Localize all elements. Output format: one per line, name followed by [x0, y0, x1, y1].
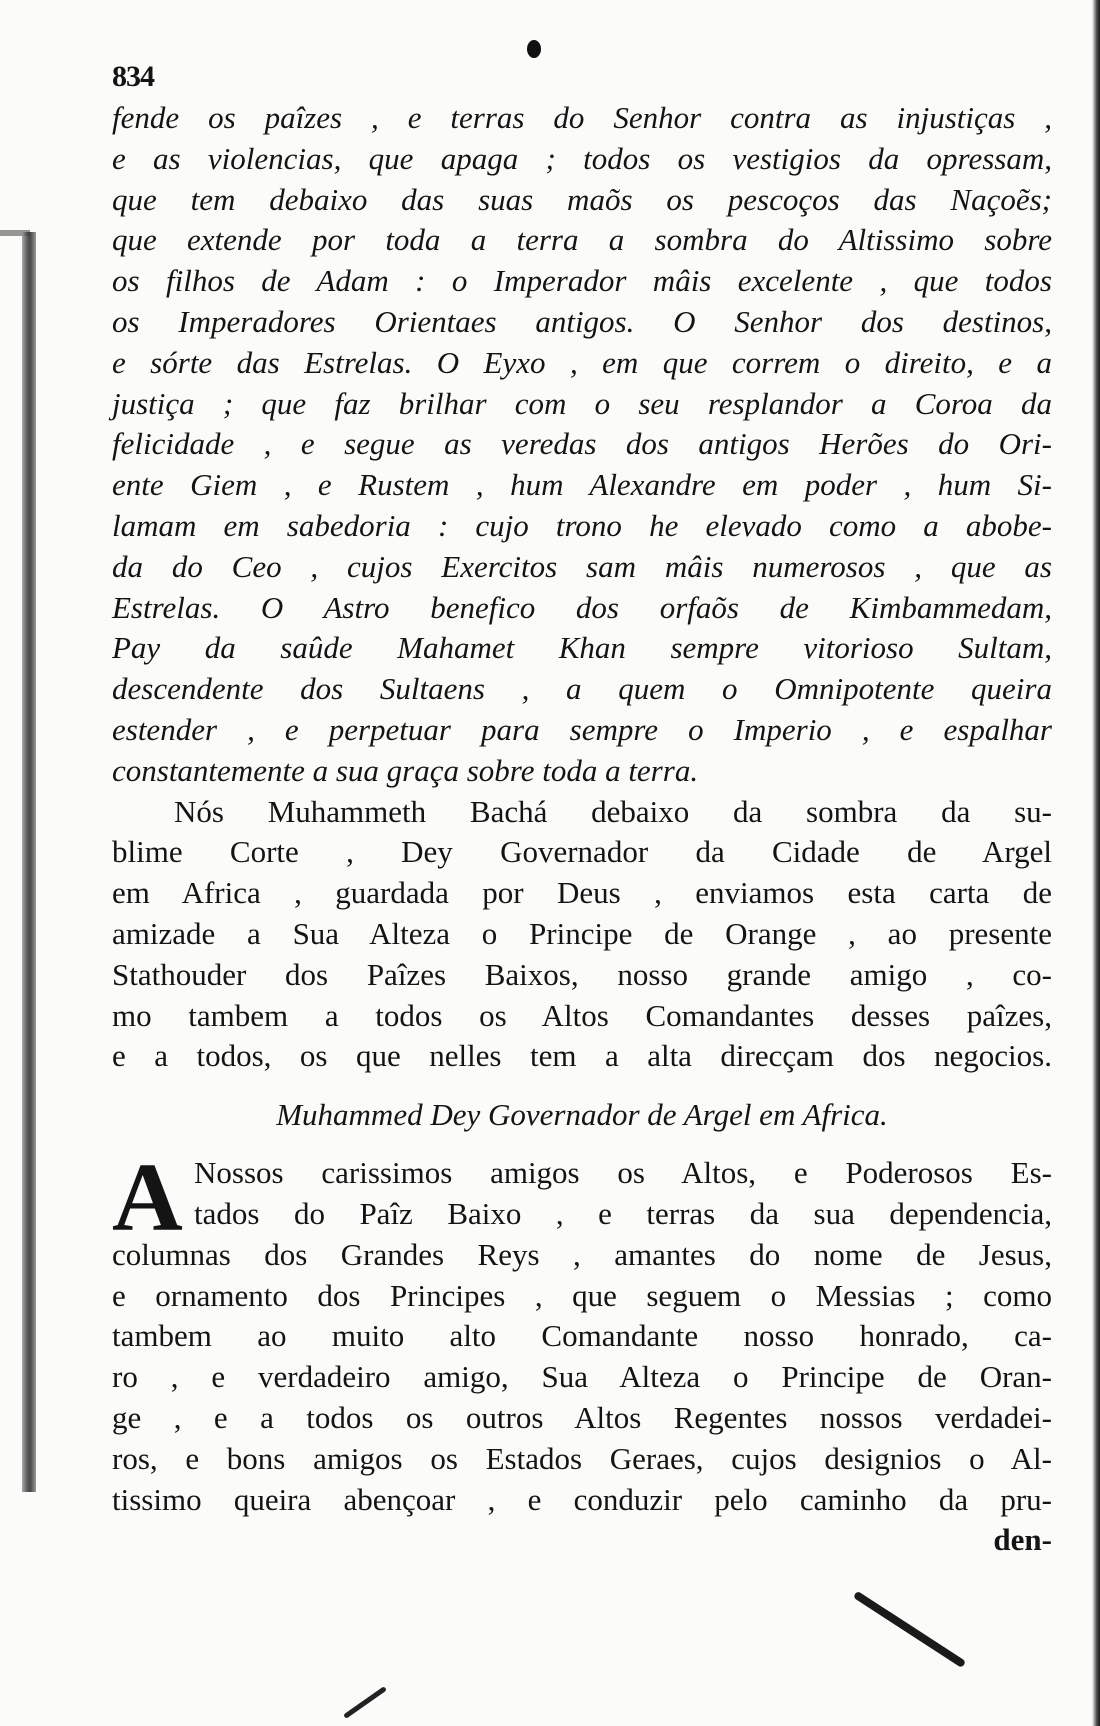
text-line: em Africa , guardada por Deus , enviamos… — [112, 873, 1052, 914]
text-line: e sórte das Estrelas. O Eyxo , em que co… — [112, 343, 1052, 384]
text-line: ge , e a todos os outros Altos Regentes … — [112, 1398, 1052, 1439]
text-line: que extende por toda a terra a sombra do… — [112, 220, 1052, 261]
text-line: Nossos carissimos amigos os Altos, e Pod… — [112, 1153, 1052, 1194]
text-line: tambem ao muito alto Comandante nosso ho… — [112, 1316, 1052, 1357]
text-line: lamam em sabedoria : cujo trono he eleva… — [112, 506, 1052, 547]
scan-edge-artifact-right — [1092, 0, 1100, 1726]
drop-cap: A — [112, 1157, 183, 1239]
text-line: estender , e perpetuar para sempre o Imp… — [112, 710, 1052, 751]
text-line: fende os paîzes , e terras do Senhor con… — [112, 98, 1052, 139]
text-line: justiça ; que faz brilhar com o seu resp… — [112, 384, 1052, 425]
ink-stroke-mark-small — [343, 1686, 387, 1719]
text-line: columnas dos Grandes Reys , amantes do n… — [112, 1235, 1052, 1276]
text-line: e as violencias, que apaga ; todos os ve… — [112, 139, 1052, 180]
scan-edge-artifact-left — [22, 232, 36, 1492]
text-line: tissimo queira abençoar , e conduzir pel… — [112, 1480, 1052, 1521]
letter-signature-heading: Muhammed Dey Governador de Argel em Afri… — [112, 1095, 1052, 1135]
italic-passage: fende os paîzes , e terras do Senhor con… — [112, 98, 1052, 792]
text-line: tados do Paîz Baixo , e terras da sua de… — [112, 1194, 1052, 1235]
text-line: blime Corte , Dey Governador da Cidade d… — [112, 832, 1052, 873]
text-line: felicidade , e segue as veredas dos anti… — [112, 424, 1052, 465]
text-line: e ornamento dos Principes , que seguem o… — [112, 1276, 1052, 1317]
text-line: mo tambem a todos os Altos Comandantes d… — [112, 996, 1052, 1037]
text-line: os filhos de Adam : o Imperador mâis exc… — [112, 261, 1052, 302]
text-line: Pay da saûde Mahamet Khan sempre vitorio… — [112, 628, 1052, 669]
text-line: ente Giem , e Rustem , hum Alexandre em … — [112, 465, 1052, 506]
catchword: den- — [112, 1520, 1052, 1560]
letter-body: A Nossos carissimos amigos os Altos, e P… — [112, 1153, 1052, 1560]
text-line: amizade a Sua Alteza o Principe de Orang… — [112, 914, 1052, 955]
text-line: Estrelas. O Astro benefico dos orfaõs de… — [112, 588, 1052, 629]
ink-stroke-mark — [853, 1591, 966, 1669]
text-line: descendente dos Sultaens , a quem o Omni… — [112, 669, 1052, 710]
text-line: os Imperadores Orientaes antigos. O Senh… — [112, 302, 1052, 343]
text-line: Nós Muhammeth Bachá debaixo da sombra da… — [112, 792, 1052, 833]
page-number: 834 — [112, 62, 1052, 98]
text-line: Stathouder dos Paîzes Baixos, nosso gran… — [112, 955, 1052, 996]
text-line: da do Ceo , cujos Exercitos sam mâis num… — [112, 547, 1052, 588]
text-line: constantemente a sua graça sobre toda a … — [112, 751, 1052, 792]
text-line: e a todos, os que nelles tem a alta dire… — [112, 1036, 1052, 1077]
text-line: que tem debaixo das suas maõs os pescoço… — [112, 180, 1052, 221]
roman-passage: Nós Muhammeth Bachá debaixo da sombra da… — [112, 792, 1052, 1078]
ink-blot — [527, 40, 541, 58]
text-line: ros, e bons amigos os Estados Geraes, cu… — [112, 1439, 1052, 1480]
text-line: ro , e verdadeiro amigo, Sua Alteza o Pr… — [112, 1357, 1052, 1398]
book-page: 834 fende os paîzes , e terras do Senhor… — [112, 62, 1052, 1560]
